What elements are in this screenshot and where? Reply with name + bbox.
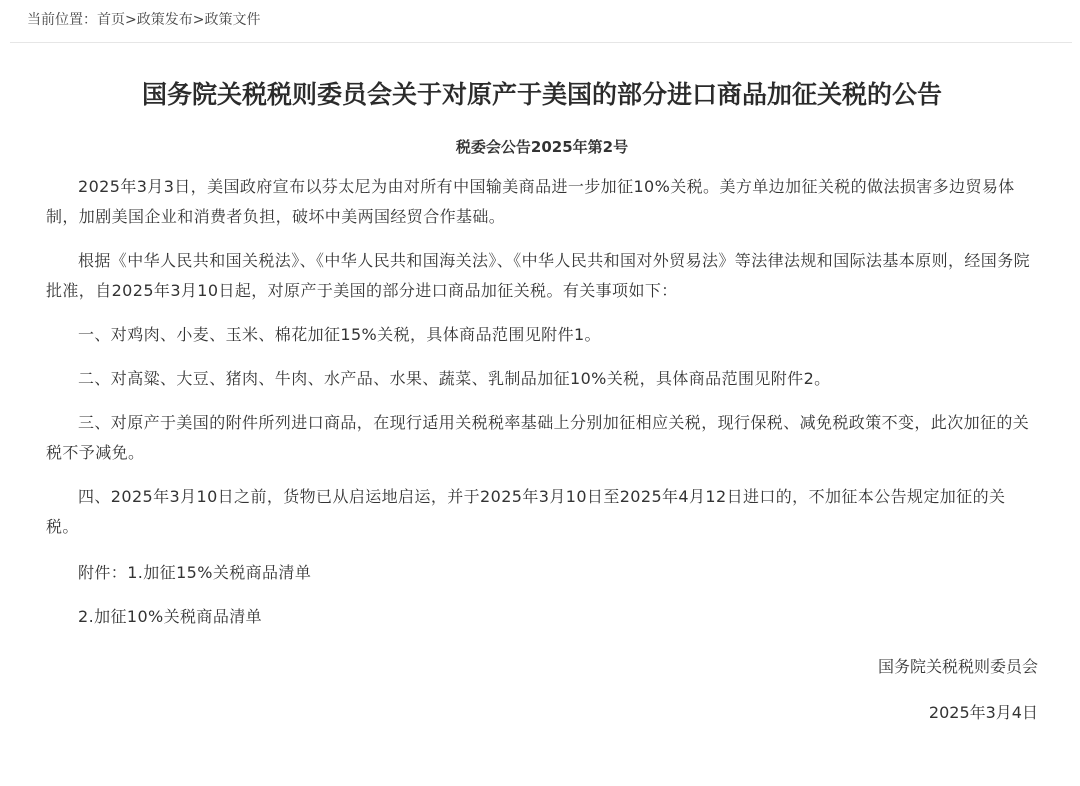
attachments-line: 附件：1.加征15%关税商品清单	[46, 558, 1038, 588]
breadcrumb-policy-release[interactable]: 政策发布	[137, 12, 193, 28]
attachments-line-2: 2.加征10%关税商品清单	[46, 602, 1038, 632]
paragraph-item-4: 四、2025年3月10日之前，货物已从启运地启运，并于2025年3月10日至20…	[46, 482, 1038, 542]
article: 国务院关税税则委员会关于对原产于美国的部分进口商品加征关税的公告 税委会公告20…	[46, 72, 1038, 728]
document-number: 税委会公告2025年第2号	[46, 134, 1038, 160]
paragraph-item-2: 二、对高粱、大豆、猪肉、牛肉、水产品、水果、蔬菜、乳制品加征10%关税，具体商品…	[46, 364, 1038, 394]
paragraph-background: 2025年3月3日，美国政府宣布以芬太尼为由对所有中国输美商品进一步加征10%关…	[46, 172, 1038, 232]
paragraph-item-3: 三、对原产于美国的附件所列进口商品，在现行适用关税税率基础上分别加征相应关税，现…	[46, 408, 1038, 468]
attachment-1-link[interactable]: 1.加征15%关税商品清单	[127, 563, 311, 582]
attachment-2-link[interactable]: 2.加征10%关税商品清单	[78, 607, 262, 626]
breadcrumb-prefix: 当前位置：	[27, 12, 97, 28]
breadcrumb: 当前位置：首页>政策发布>政策文件	[27, 10, 260, 30]
signature-date: 2025年3月4日	[46, 698, 1038, 728]
header-divider	[10, 42, 1072, 43]
signature-organization: 国务院关税税则委员会	[46, 652, 1038, 682]
attachments-label: 附件：	[78, 563, 127, 582]
breadcrumb-home[interactable]: 首页	[97, 12, 125, 28]
paragraph-item-1: 一、对鸡肉、小麦、玉米、棉花加征15%关税，具体商品范围见附件1。	[46, 320, 1038, 350]
breadcrumb-separator: >	[125, 12, 137, 28]
breadcrumb-separator: >	[193, 12, 205, 28]
article-title: 国务院关税税则委员会关于对原产于美国的部分进口商品加征关税的公告	[46, 72, 1038, 118]
paragraph-legal-basis: 根据《中华人民共和国关税法》、《中华人民共和国海关法》、《中华人民共和国对外贸易…	[46, 246, 1038, 306]
breadcrumb-policy-documents[interactable]: 政策文件	[204, 12, 260, 28]
